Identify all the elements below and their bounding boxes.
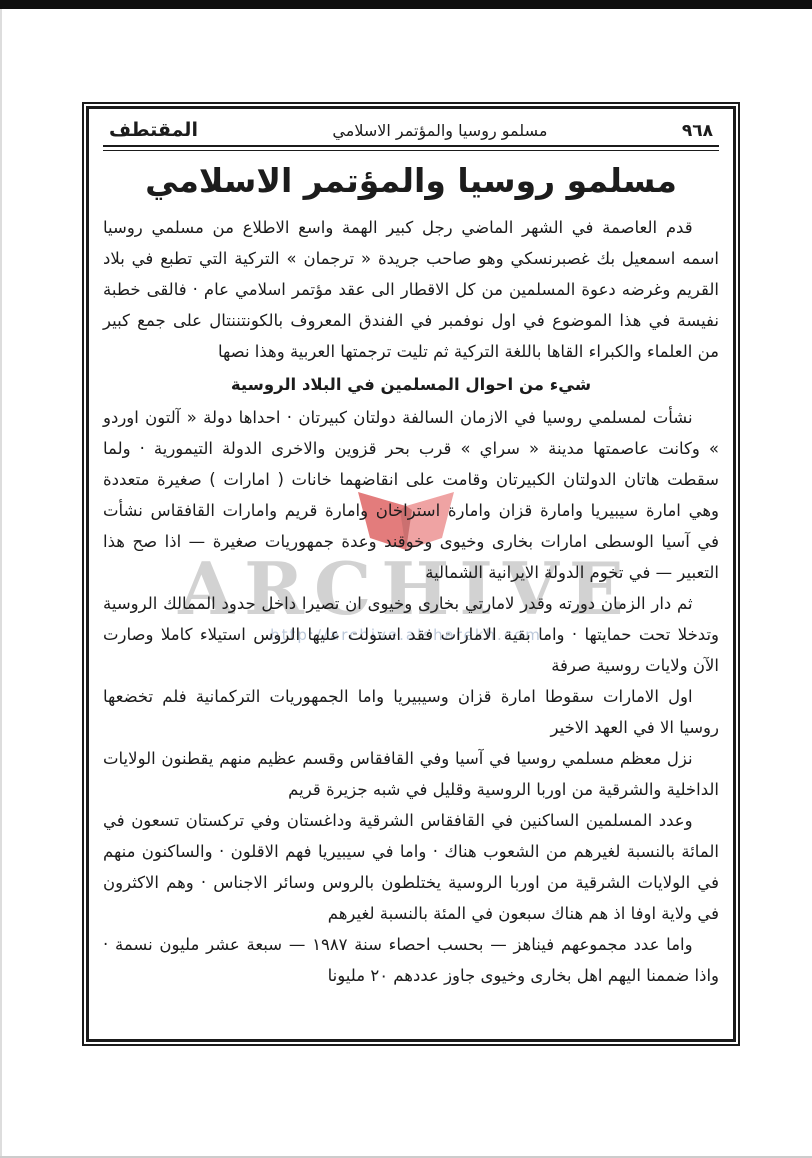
journal-name: المقتطف: [109, 119, 198, 141]
paragraph: قدم العاصمة في الشهر الماضي رجل كبير اله…: [103, 212, 719, 367]
paragraph: وعدد المسلمين الساكنين في القافقاس الشرق…: [103, 805, 719, 929]
header-rule: [103, 145, 719, 151]
article-body: قدم العاصمة في الشهر الماضي رجل كبير اله…: [103, 212, 719, 991]
paragraph: نشأت لمسلمي روسيا في الازمان السالفة دول…: [103, 402, 719, 588]
scanned-page: ARCHIVE http://archive.alsharekh.com ٩٦٨…: [0, 0, 812, 1158]
paragraph: اول الامارات سقوطا امارة قزان وسيبيريا و…: [103, 681, 719, 743]
page-number: ٩٦٨: [682, 121, 713, 141]
section-heading: شيء من احوال المسلمين في البلاد الروسية: [103, 369, 719, 400]
running-title: مسلمو روسيا والمؤتمر الاسلامي: [332, 121, 547, 140]
paragraph: واما عدد مجموعهم فيناهز — بحسب احصاء سنة…: [103, 929, 719, 991]
paragraph: نزل معظم مسلمي روسيا في آسيا وفي القافقا…: [103, 743, 719, 805]
page-header: ٩٦٨ مسلمو روسيا والمؤتمر الاسلامي المقتط…: [103, 117, 719, 145]
paragraph: ثم دار الزمان دورته وقدر لامارتي بخارى و…: [103, 588, 719, 681]
page-frame: ٩٦٨ مسلمو روسيا والمؤتمر الاسلامي المقتط…: [86, 106, 736, 1042]
scan-top-bar: [0, 0, 812, 9]
scan-left-edge: [0, 9, 2, 1158]
article-title: مسلمو روسيا والمؤتمر الاسلامي: [103, 161, 719, 200]
